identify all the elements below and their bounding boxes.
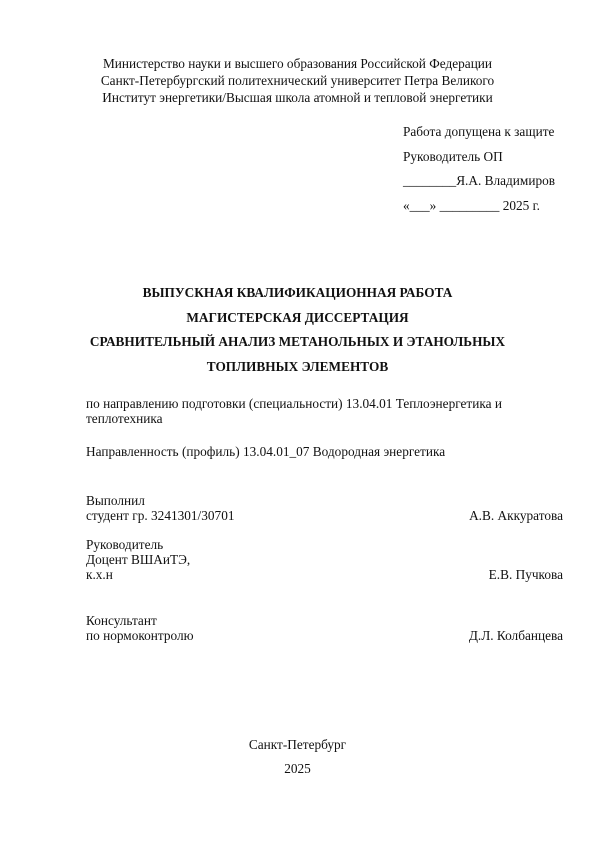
approval-status: Работа допущена к защите xyxy=(403,120,555,145)
degree-type: МАГИСТЕРСКАЯ ДИССЕРТАЦИЯ xyxy=(0,306,595,331)
consultant-role: Консультант xyxy=(86,613,194,628)
supervisor-block: Руководитель Доцент ВШАиТЭ, к.х.н xyxy=(86,537,190,582)
approval-date: «___» _________ 2025 г. xyxy=(403,194,555,219)
student-name: А.В. Аккуратова xyxy=(469,508,563,523)
university-line: Санкт-Петербургский политехнический унив… xyxy=(0,72,595,89)
direction-line-2: теплотехника xyxy=(86,411,502,426)
work-type: ВЫПУСКНАЯ КВАЛИФИКАЦИОННАЯ РАБОТА xyxy=(0,281,595,306)
student-block: Выполнил студент гр. 3241301/30701 xyxy=(86,493,235,523)
thesis-title: ВЫПУСКНАЯ КВАЛИФИКАЦИОННАЯ РАБОТА МАГИСТ… xyxy=(0,281,595,380)
institution-header: Министерство науки и высшего образования… xyxy=(0,55,595,106)
consultant-name: Д.Л. Колбанцева xyxy=(469,628,563,643)
student-role: Выполнил xyxy=(86,493,235,508)
consultant-block: Консультант по нормоконтролю xyxy=(86,613,194,643)
topic-line-2: ТОПЛИВНЫХ ЭЛЕМЕНТОВ xyxy=(0,355,595,380)
city: Санкт-Петербург xyxy=(0,733,595,757)
institute-line: Институт энергетики/Высшая школа атомной… xyxy=(0,89,595,106)
profile-text: Направленность (профиль) 13.04.01_07 Вод… xyxy=(86,444,445,459)
direction-text: по направлению подготовки (специальности… xyxy=(86,396,502,426)
supervisor-role: Руководитель xyxy=(86,537,190,552)
approval-block: Работа допущена к защите Руководитель ОП… xyxy=(403,120,555,218)
supervisor-position: Доцент ВШАиТЭ, xyxy=(86,552,190,567)
consultant-detail: по нормоконтролю xyxy=(86,628,194,643)
approval-role: Руководитель ОП xyxy=(403,145,555,170)
supervisor-degree: к.х.н xyxy=(86,567,190,582)
approval-signature: ________Я.А. Владимиров xyxy=(403,169,555,194)
supervisor-name: Е.В. Пучкова xyxy=(489,567,563,582)
footer: Санкт-Петербург 2025 xyxy=(0,733,595,781)
year: 2025 xyxy=(0,757,595,781)
direction-line-1: по направлению подготовки (специальности… xyxy=(86,396,502,411)
ministry-line: Министерство науки и высшего образования… xyxy=(0,55,595,72)
topic-line-1: СРАВНИТЕЛЬНЫЙ АНАЛИЗ МЕТАНОЛЬНЫХ И ЭТАНО… xyxy=(0,330,595,355)
student-group: студент гр. 3241301/30701 xyxy=(86,508,235,523)
